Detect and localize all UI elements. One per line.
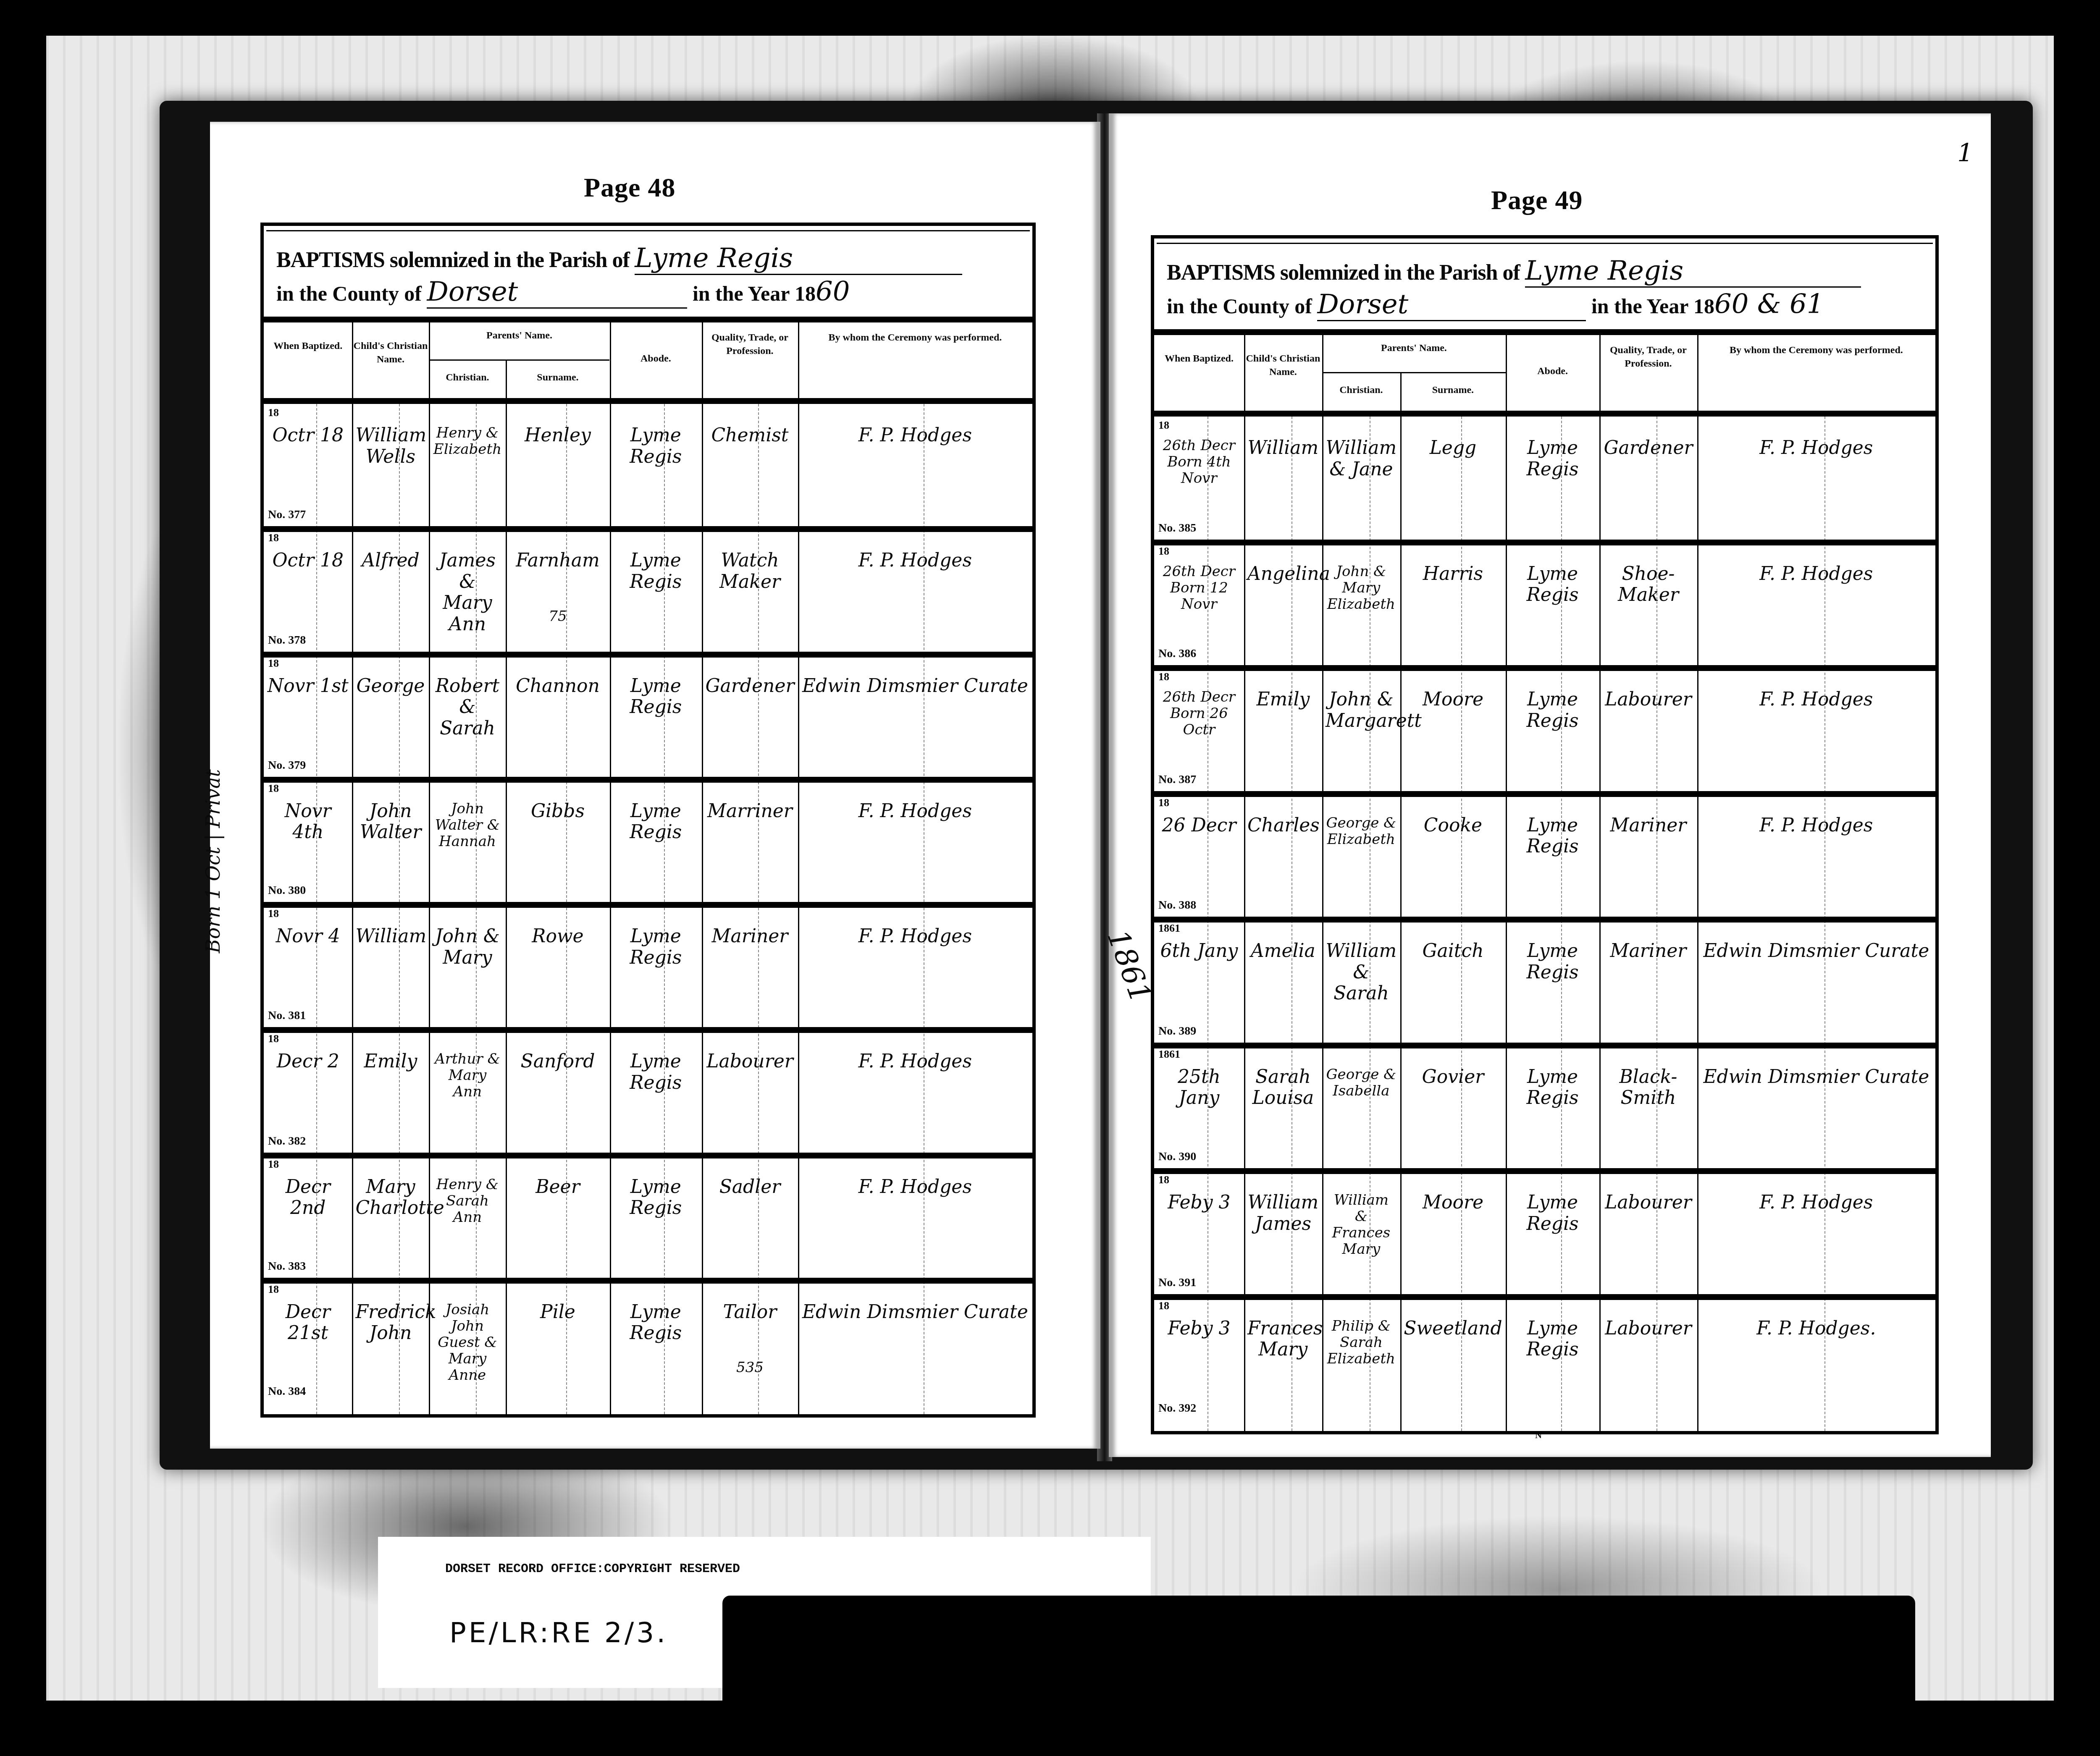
header-parents-christian: Christian. [429, 371, 506, 384]
right-title-line-2: in the County of Dorset in the Year 1860… [1167, 289, 1923, 321]
entry-surname: Moore [1404, 1192, 1502, 1213]
entry-abode: Lyme Regis [1509, 1192, 1596, 1234]
entry-surname: Moore [1404, 689, 1502, 710]
header-parents-name: Parents' Name. [1322, 341, 1506, 355]
entry-parents-christian: Arthur & Mary Ann [432, 1051, 502, 1100]
entry-surname: Beer [509, 1177, 606, 1198]
entry-child-name: Sarah Louisa [1247, 1067, 1319, 1109]
entry-quality: Labourer [1603, 689, 1694, 710]
entry-child-name: William [355, 926, 425, 947]
entry-officiant: F. P. Hodges [1701, 1192, 1932, 1213]
header-rule [264, 317, 1032, 322]
header-parents-surname: Surname. [506, 371, 609, 384]
entry-when-baptized: 26th Decr Born 4th Novr [1158, 438, 1241, 487]
entry-year-prefix: 18 [1158, 797, 1169, 809]
entry-year-prefix: 18 [1158, 1174, 1169, 1186]
entry-year-prefix: 18 [268, 1158, 279, 1171]
entry-abode: Lyme Regis [613, 1302, 699, 1344]
entry-when-baptized: Octr 18 [267, 550, 349, 571]
entry-surname: Gaitch [1404, 941, 1502, 962]
entry-surname: Gibbs [509, 801, 606, 822]
entry-abode: Lyme Regis [1509, 438, 1596, 480]
entry-year-prefix: 18 [268, 782, 279, 795]
row-separator [1154, 665, 1935, 671]
entry-child-name: Alfred [355, 550, 425, 571]
entry-officiant: F. P. Hodges [801, 926, 1029, 947]
entry-surname: Henley [509, 425, 606, 446]
entry-when-baptized: 25th Jany [1158, 1067, 1241, 1109]
column-divider [1506, 335, 1507, 1431]
column-divider [506, 360, 507, 1414]
entry-abode: Lyme Regis [613, 550, 699, 592]
corner-mark: 1 [1957, 139, 1973, 168]
entry-year-prefix: 18 [268, 406, 279, 419]
entry-child-name: George [355, 676, 425, 697]
entry-number: No. 378 [268, 634, 306, 647]
left-page-heading: Page 48 [584, 172, 676, 203]
column-divider [702, 322, 703, 1414]
header-rule [1154, 329, 1935, 335]
archive-reference: PE/LR:RE 2/3. [449, 1617, 668, 1649]
header-quality-trade: Quality, Trade, or Profession. [1599, 343, 1697, 371]
row-separator [1154, 917, 1935, 923]
entry-year-prefix: 18 [268, 907, 279, 920]
entry-surname: Sweetland [1404, 1318, 1502, 1339]
entry-number: No. 391 [1158, 1276, 1196, 1289]
quality-annotation: 535 [705, 1360, 795, 1376]
entry-number: No. 389 [1158, 1025, 1196, 1038]
column-divider [1244, 335, 1245, 1431]
entry-when-baptized: Decr 2nd [267, 1177, 349, 1219]
entry-number: No. 383 [268, 1260, 306, 1273]
header-parents-name: Parents' Name. [429, 329, 609, 342]
entry-quality: Labourer [705, 1051, 795, 1072]
entry-parents-christian: Henry & Elizabeth [432, 425, 502, 458]
entry-officiant: Edwin Dimsmier Curate [1701, 1067, 1932, 1088]
title-prefix: BAPTISMS solemnized in the Parish of [276, 248, 630, 272]
row-separator [1154, 540, 1935, 545]
header-by-whom: By whom the Ceremony was performed. [1697, 343, 1935, 357]
header-child-name: Child's Christian Name. [352, 339, 429, 367]
entry-child-name: William Wells [355, 425, 425, 467]
entry-quality: Gardener [705, 676, 795, 697]
parents-subheader-rule [1322, 372, 1506, 373]
header-child-name: Child's Christian Name. [1244, 352, 1322, 379]
entry-child-name: Fredrick John [355, 1302, 425, 1344]
entry-abode: Lyme Regis [1509, 1067, 1596, 1109]
entry-parents-christian: Josiah John Guest & Mary Anne [432, 1302, 502, 1384]
entry-parents-christian: William & Jane [1326, 438, 1397, 480]
entry-quality: Labourer [1603, 1192, 1694, 1213]
column-divider [1322, 335, 1323, 1431]
row-separator [264, 652, 1032, 658]
row-separator [264, 1027, 1032, 1033]
parish-value: Lyme Regis [635, 243, 962, 275]
right-title-line-1: BAPTISMS solemnized in the Parish of Lym… [1167, 255, 1923, 288]
entry-quality: Gardener [1603, 438, 1694, 459]
header-when-baptized: When Baptized. [1154, 352, 1244, 365]
left-title-line-2: in the County of Dorset in the Year 1860 [276, 276, 1020, 309]
left-title-line-1: BAPTISMS solemnized in the Parish of Lym… [276, 243, 1020, 275]
entry-officiant: F. P. Hodges [801, 1177, 1029, 1198]
entry-abode: Lyme Regis [1509, 563, 1596, 606]
entry-officiant: F. P. Hodges [801, 1051, 1029, 1072]
entry-quality: Marriner [705, 801, 795, 822]
entry-when-baptized: Novr 1st [267, 676, 349, 697]
column-divider [1599, 335, 1601, 1431]
row-separator [1154, 1168, 1935, 1174]
row-separator [264, 902, 1032, 908]
column-divider [1400, 373, 1402, 1431]
entry-quality: Mariner [1603, 815, 1694, 836]
entry-number: No. 381 [268, 1009, 306, 1022]
entry-surname: Sanford [509, 1051, 606, 1072]
header-quality-trade: Quality, Trade, or Profession. [702, 331, 798, 358]
entry-when-baptized: Feby 3 [1158, 1192, 1241, 1213]
entry-year-prefix: 1861 [1158, 1048, 1180, 1061]
entry-when-baptized: Novr 4 [267, 926, 349, 947]
column-divider [610, 322, 611, 1414]
entry-child-name: John Walter [355, 801, 425, 843]
entry-child-name: Emily [1247, 689, 1319, 710]
entry-officiant: F. P. Hodges [801, 550, 1029, 571]
entry-number: No. 390 [1158, 1150, 1196, 1164]
parents-subheader-rule [429, 359, 609, 361]
entry-when-baptized: Decr 2 [267, 1051, 349, 1072]
entry-officiant: Edwin Dimsmier Curate [801, 676, 1029, 697]
entry-child-name: William [1247, 438, 1319, 459]
entry-number: No. 382 [268, 1135, 306, 1148]
row-separator [1154, 1294, 1935, 1300]
entry-child-name: Mary Charlotte [355, 1177, 425, 1219]
entry-officiant: F. P. Hodges [801, 425, 1029, 446]
entry-number: No. 386 [1158, 647, 1196, 660]
entry-quality: Watch Maker [705, 550, 795, 592]
year-prefix: in the Year 18 [1591, 294, 1714, 318]
entry-when-baptized: Octr 18 [267, 425, 349, 446]
entry-officiant: F. P. Hodges [1701, 689, 1932, 710]
redaction-bar [722, 1596, 1915, 1709]
county-prefix: in the County of [276, 282, 422, 305]
entry-quality: Shoe-Maker [1603, 563, 1694, 606]
row-separator [264, 526, 1032, 532]
entry-parents-christian: John & Margarett [1326, 689, 1397, 731]
entry-officiant: F. P. Hodges [1701, 438, 1932, 459]
entry-abode: Lyme Regis [1509, 1318, 1596, 1360]
row-separator [264, 1153, 1032, 1158]
entry-when-baptized: 26th Decr Born 26 Octr [1158, 689, 1241, 738]
entry-when-baptized: 26th Decr Born 12 Novr [1158, 563, 1241, 613]
copyright-notice: DORSET RECORD OFFICE:COPYRIGHT RESERVED [445, 1562, 740, 1576]
entry-year-prefix: 18 [1158, 1300, 1169, 1312]
entry-child-name: Emily [355, 1051, 425, 1072]
entry-number: No. 384 [268, 1385, 306, 1398]
entry-abode: Lyme Regis [613, 1177, 699, 1219]
entry-when-baptized: Decr 21st [267, 1302, 349, 1344]
entry-parents-christian: George & Isabella [1326, 1067, 1397, 1099]
entry-year-prefix: 18 [268, 532, 279, 544]
entry-parents-christian: William & Sarah [1326, 941, 1397, 1004]
header-when-baptized: When Baptized. [264, 339, 352, 353]
entry-quality: Black-Smith [1603, 1067, 1694, 1109]
entry-number: No. 387 [1158, 773, 1196, 786]
entry-quality: Sadler [705, 1177, 795, 1198]
row-separator [1154, 1043, 1935, 1048]
entry-when-baptized: 6th Jany [1158, 941, 1241, 962]
entry-quality: Tailor [705, 1302, 795, 1323]
entry-surname: Farnham [509, 550, 606, 571]
table-top-rule [1157, 243, 1933, 244]
header-abode: Abode. [1506, 364, 1599, 378]
entry-quality: Mariner [705, 926, 795, 947]
entry-parents-christian: John Walter & Hannah [432, 801, 502, 850]
entry-year-prefix: 18 [1158, 671, 1169, 683]
entry-year-prefix: 18 [268, 657, 279, 670]
header-by-whom: By whom the Ceremony was performed. [798, 331, 1032, 344]
entry-surname: Cooke [1404, 815, 1502, 836]
entry-abode: Lyme Regis [613, 425, 699, 467]
entry-surname: Rowe [509, 926, 606, 947]
entry-abode: Lyme Regis [613, 676, 699, 718]
entry-abode: Lyme Regis [613, 1051, 699, 1093]
entry-officiant: F. P. Hodges [801, 801, 1029, 822]
entry-number: No. 380 [268, 884, 306, 897]
entry-surname: Govier [1404, 1067, 1502, 1088]
right-page-heading: Page 49 [1491, 185, 1583, 216]
entry-parents-christian: John & Mary [432, 926, 502, 968]
entry-quality: Mariner [1603, 941, 1694, 962]
entry-year-prefix: 1861 [1158, 922, 1180, 935]
entry-abode: Lyme Regis [613, 926, 699, 968]
entry-parents-christian: James & Mary Ann [432, 550, 502, 635]
year-value: 60 [816, 276, 850, 307]
entry-number: No. 379 [268, 759, 306, 772]
column-divider [429, 322, 430, 1414]
entry-child-name: Charles [1247, 815, 1319, 836]
entry-surname: Pile [509, 1302, 606, 1323]
entry-parents-christian: George & Elizabeth [1326, 815, 1397, 848]
entry-officiant: F. P. Hodges [1701, 563, 1932, 585]
entry-parents-christian: John & Mary Elizabeth [1326, 563, 1397, 613]
entry-number: No. 385 [1158, 522, 1196, 535]
header-abode: Abode. [610, 352, 702, 365]
entry-parents-christian: Philip & Sarah Elizabeth [1326, 1318, 1397, 1367]
entry-surname: Legg [1404, 438, 1502, 459]
entry-year-prefix: 18 [1158, 545, 1169, 558]
entry-number: No. 388 [1158, 899, 1196, 912]
entry-abode: Lyme Regis [1509, 941, 1596, 983]
entry-child-name: Frances Mary [1247, 1318, 1319, 1360]
entry-child-name: William James [1247, 1192, 1319, 1234]
entry-year-prefix: 18 [268, 1033, 279, 1045]
left-margin-note: Born 1 Oct | Privat [202, 769, 224, 953]
entry-child-name: Angelina [1247, 563, 1319, 585]
entry-year-prefix: 18 [268, 1283, 279, 1296]
year-prefix: in the Year 18 [693, 282, 816, 305]
entry-child-name: Amelia [1247, 941, 1319, 962]
row-separator [1154, 791, 1935, 797]
column-divider [352, 322, 353, 1414]
county-value: Dorset [1317, 289, 1586, 321]
title-prefix: BAPTISMS solemnized in the Parish of [1167, 261, 1520, 285]
entry-when-baptized: Novr 4th [267, 801, 349, 843]
entry-officiant: Edwin Dimsmier Curate [801, 1302, 1029, 1323]
entry-year-prefix: 18 [1158, 419, 1169, 432]
entry-parents-christian: William & Frances Mary [1326, 1192, 1397, 1258]
entry-abode: Lyme Regis [613, 801, 699, 843]
entry-parents-christian: Robert & Sarah [432, 676, 502, 739]
entry-when-baptized: 26 Decr [1158, 815, 1241, 836]
parish-value: Lyme Regis [1525, 255, 1861, 288]
entry-number: No. 392 [1158, 1402, 1196, 1415]
header-parents-surname: Surname. [1400, 383, 1506, 397]
county-prefix: in the County of [1167, 294, 1312, 318]
table-top-rule [266, 230, 1030, 231]
row-separator [264, 1278, 1032, 1284]
entry-surname: Channon [509, 676, 606, 697]
entry-officiant: F. P. Hodges [1701, 815, 1932, 836]
right-register-table: BAPTISMS solemnized in the Parish of Lym… [1151, 235, 1939, 1434]
entry-number: No. 377 [268, 508, 306, 522]
entry-quality: Labourer [1603, 1318, 1694, 1339]
entry-officiant: Edwin Dimsmier Curate [1701, 941, 1932, 962]
surname-annotation: 75 [509, 608, 606, 625]
header-parents-christian: Christian. [1322, 383, 1400, 397]
entry-parents-christian: Henry & Sarah Ann [432, 1177, 502, 1226]
column-divider [1697, 335, 1698, 1431]
row-separator [264, 777, 1032, 783]
entry-surname: Harris [1404, 563, 1502, 585]
entry-quality: Chemist [705, 425, 795, 446]
entry-abode: Lyme Regis [1509, 815, 1596, 857]
entry-abode: Lyme Regis [1509, 689, 1596, 731]
entry-officiant: F. P. Hodges. [1701, 1318, 1932, 1339]
header-bottom-rule [264, 398, 1032, 404]
year-value: 60 & 61 [1714, 289, 1824, 320]
county-value: Dorset [427, 276, 687, 309]
entry-when-baptized: Feby 3 [1158, 1318, 1241, 1339]
column-divider [798, 322, 799, 1414]
header-bottom-rule [1154, 411, 1935, 417]
left-register-table: BAPTISMS solemnized in the Parish of Lym… [260, 223, 1036, 1418]
